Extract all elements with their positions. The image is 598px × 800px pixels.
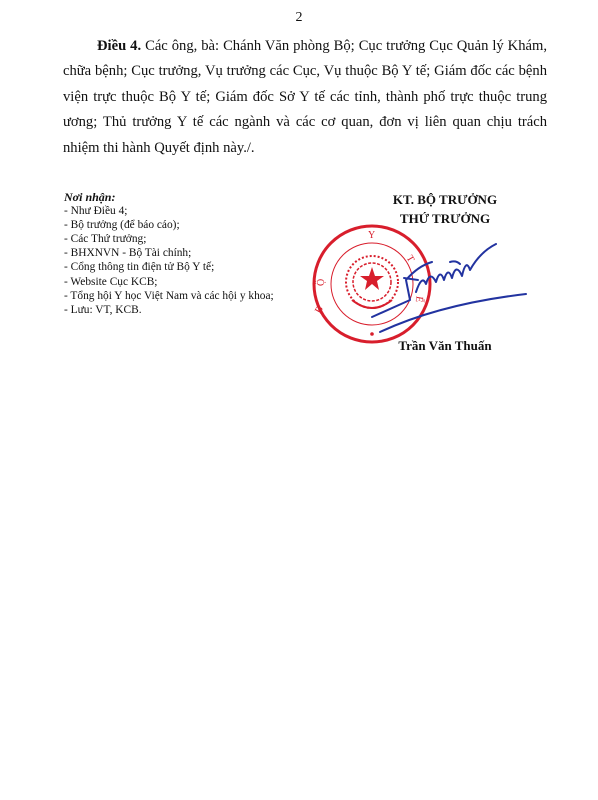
recipient-item: - BHXNVN - Bộ Tài chính; <box>64 246 274 260</box>
article-heading: Điều 4. <box>97 38 141 54</box>
signature-title-line1: KT. BỘ TRƯỞNG <box>360 190 530 209</box>
stamp-letter: Ế <box>413 295 427 303</box>
stamp-letter: T <box>404 254 417 265</box>
recipients-title: Nơi nhận: <box>64 190 274 204</box>
recipient-item: - Các Thứ trưởng; <box>64 232 274 246</box>
recipient-item: - Cổng thông tin điện tử Bộ Y tế; <box>64 260 274 274</box>
article-text: Các ông, bà: Chánh Văn phòng Bộ; Cục trư… <box>63 38 547 156</box>
recipient-item: - Website Cục KCB; <box>64 275 274 289</box>
recipient-item: - Như Điều 4; <box>64 204 274 218</box>
article-4: Điều 4. Các ông, bà: Chánh Văn phòng Bộ;… <box>63 34 547 161</box>
recipient-item: - Tổng hội Y học Việt Nam và các hội y k… <box>64 289 274 303</box>
stamp-letter: Y <box>368 230 375 241</box>
stamp-and-signature: B Ộ Y T Ế <box>310 222 540 352</box>
recipients-block: Nơi nhận: - Như Điều 4; - Bộ trưởng (để … <box>64 190 274 317</box>
page-number: 2 <box>0 10 598 26</box>
official-stamp-icon: B Ộ Y T Ế <box>313 226 430 342</box>
stamp-letter: Ộ <box>315 279 327 286</box>
signature-icon <box>372 244 526 332</box>
signer-name: Trần Văn Thuấn <box>360 338 530 354</box>
recipient-item: - Bộ trưởng (để báo cáo); <box>64 218 274 232</box>
recipient-item: - Lưu: VT, KCB. <box>64 303 274 317</box>
